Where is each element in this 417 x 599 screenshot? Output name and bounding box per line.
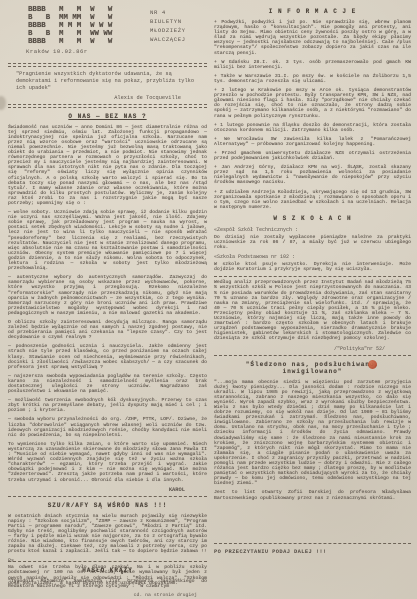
news-item: + Z udziałem Andrzeja Kołodzieja, ukrywa…: [214, 190, 411, 210]
article1-paragraph: — najszersza swoboda wypowiadania pogląd…: [8, 374, 207, 394]
logo-line: B B MM MM W W: [28, 14, 112, 22]
masthead: BBBB M M W WB B MM MM W WBBBB M M M W W …: [8, 4, 207, 60]
continued-note: cd. na stronie drugiej: [8, 593, 197, 598]
article1-paragraph: — wolne soboty. Uczniowie zdają sobie sp…: [8, 210, 207, 271]
article2-paragraph: W ostatnich dniach stycznia na wielu mur…: [8, 514, 207, 555]
bulletin-title-line: WALCZĄCEJ: [150, 35, 186, 44]
motto-text: "Pragnienie wszystkich dyktatorów udawan…: [16, 71, 203, 93]
article2-title: SZU/R/AFY SĄ WŚRÓD NAS !!!: [8, 502, 207, 509]
news-item: + We Wrocławiu SW zawiesiła kilka lalek …: [214, 137, 411, 147]
school-entry-text: W szkole ktoś psuje wszystko. Dyrekcja n…: [214, 262, 411, 272]
news-item: + Podwyżki, podwyżki i już po. Nie spraw…: [214, 20, 411, 56]
divider-dashed: [8, 561, 207, 562]
article3-text: "Tygodnik Mazowsze" zamieszcza list Grze…: [8, 579, 207, 589]
bmw-ascii-logo: BBBB M M W WB B MM MM W WBBBB M M M W W …: [28, 6, 112, 46]
news-item: + 1 lutego ponownie na Śląsku doszło do …: [214, 123, 411, 133]
article3: HASŁO KRĄŻY "Tygodnik Mazowsze" zamieszc…: [8, 558, 207, 598]
article1-paragraph: — swoboda wyboru przynależności do org. …: [8, 417, 207, 437]
article1-paragraph: Świadomość nas uczniów — anno Domini 86 …: [8, 125, 207, 207]
bulletin-title-line: MŁODZIEŻY: [150, 26, 186, 35]
bulletin-title-line: BIULETYN: [150, 17, 186, 26]
logo-line: BBBB M M W W: [28, 38, 112, 46]
news-item: + Jan Andrzej Górny, działacz KPN na woj…: [214, 165, 411, 185]
divider-double: [8, 63, 207, 67]
divider-dashed: [214, 355, 411, 356]
article1-paragraph: — podnoszenie godności ucznia i nauczyci…: [8, 344, 207, 369]
informacje-items: + Podwyżki, podwyżki i już po. Nie spraw…: [214, 20, 411, 210]
divider-dashed: [8, 496, 207, 497]
divider-dashed: [214, 276, 411, 277]
masthead-titles: NR 4 BIULETYN MŁODZIEŻY WALCZĄCEJ: [150, 8, 186, 44]
motto-author: Alexis de Tocqueville: [8, 95, 181, 101]
article2-body: W ostatnich dniach stycznia na wielu mur…: [8, 514, 207, 555]
logo-line: BBBB M M M W W W: [28, 22, 112, 30]
divider-dashed: [214, 543, 411, 544]
pass-it-on-line: PO PRZECZYTANIU PODAJ DALEJ !!!: [214, 549, 411, 555]
article1-paragraph: O obliczu szkoły zainteresowani decydują…: [8, 320, 207, 340]
logo-line: B B M M WW WW: [28, 30, 112, 38]
article3-title: HASŁO KRĄŻY: [8, 567, 207, 574]
left-column: BBBB M M W WB B MM MM W WBBBB M M M W W …: [8, 4, 207, 590]
letter-title: "Śledzono nas, podsłuchiwano, inwigilowa…: [214, 361, 411, 375]
school-entry-label: «Szkoła Podstawowa nr 102 :: [214, 254, 411, 260]
letter-note: Jest to list otwarty Zofii Darskiej do p…: [214, 490, 411, 500]
news-item: + Przed gmachem uniwersytetu działacze N…: [214, 151, 411, 161]
article1-paragraph: To wymieniono tylko kilka zmian, o które…: [8, 442, 207, 483]
article1-paragraph: — autentyczne wybory do autentycznych sa…: [8, 275, 207, 316]
paper-smudge: [0, 96, 6, 110]
news-item: + W Gdańsku 28.I. ok. 3 tys. osób przema…: [214, 60, 411, 70]
school-entry-label: «Zespół Szkół Technicznych :: [214, 227, 411, 233]
issue-number: NR 4: [150, 8, 186, 17]
letter-paragraph: "...moja mama obecnie siedzi w więzieniu…: [214, 380, 411, 487]
article1-body: Świadomość nas uczniów — anno Domini 86 …: [8, 125, 207, 483]
divider-double: [8, 104, 207, 108]
scanned-bulletin-page: BBBB M M W WB B MM MM W WBBBB M M M W W …: [0, 0, 417, 599]
informacje-title: I N F O R M A C J E: [214, 8, 411, 15]
polityka-source: /"Polityka"nr 52/: [214, 346, 385, 352]
news-item: + 2 lutego w Krakowie po mszy w Arce ok.…: [214, 88, 411, 119]
wszkolach-title: W S Z K O Ł A C H: [214, 215, 411, 222]
right-footer: PO PRZECZYTANIU PODAJ DALEJ !!!: [214, 540, 411, 555]
article1-signature: KAROL: [8, 487, 185, 493]
logo-line: BBBB M M W W: [28, 6, 112, 14]
letter-body: "...moja mama obecnie siedzi w więzieniu…: [214, 380, 411, 487]
place-date: Kraków 10.02.86r: [26, 48, 88, 55]
right-column: I N F O R M A C J E + Podwyżki, podwyżki…: [214, 3, 411, 505]
article1-paragraph: — możliwość tworzenia swobodnych kół dys…: [8, 398, 207, 413]
school-entry-text: Do dzisiaj nie zostały wypłacone pieniąd…: [214, 235, 411, 250]
polityka-text: Według analiz przeprowadzonych przez Ins…: [214, 280, 411, 341]
news-item: + Także w Warszawie 31.I. po mszy św. w …: [214, 74, 411, 84]
red-ink-dot: [368, 360, 377, 369]
article1-title: O NAS — BEZ NAS ?: [8, 113, 207, 120]
